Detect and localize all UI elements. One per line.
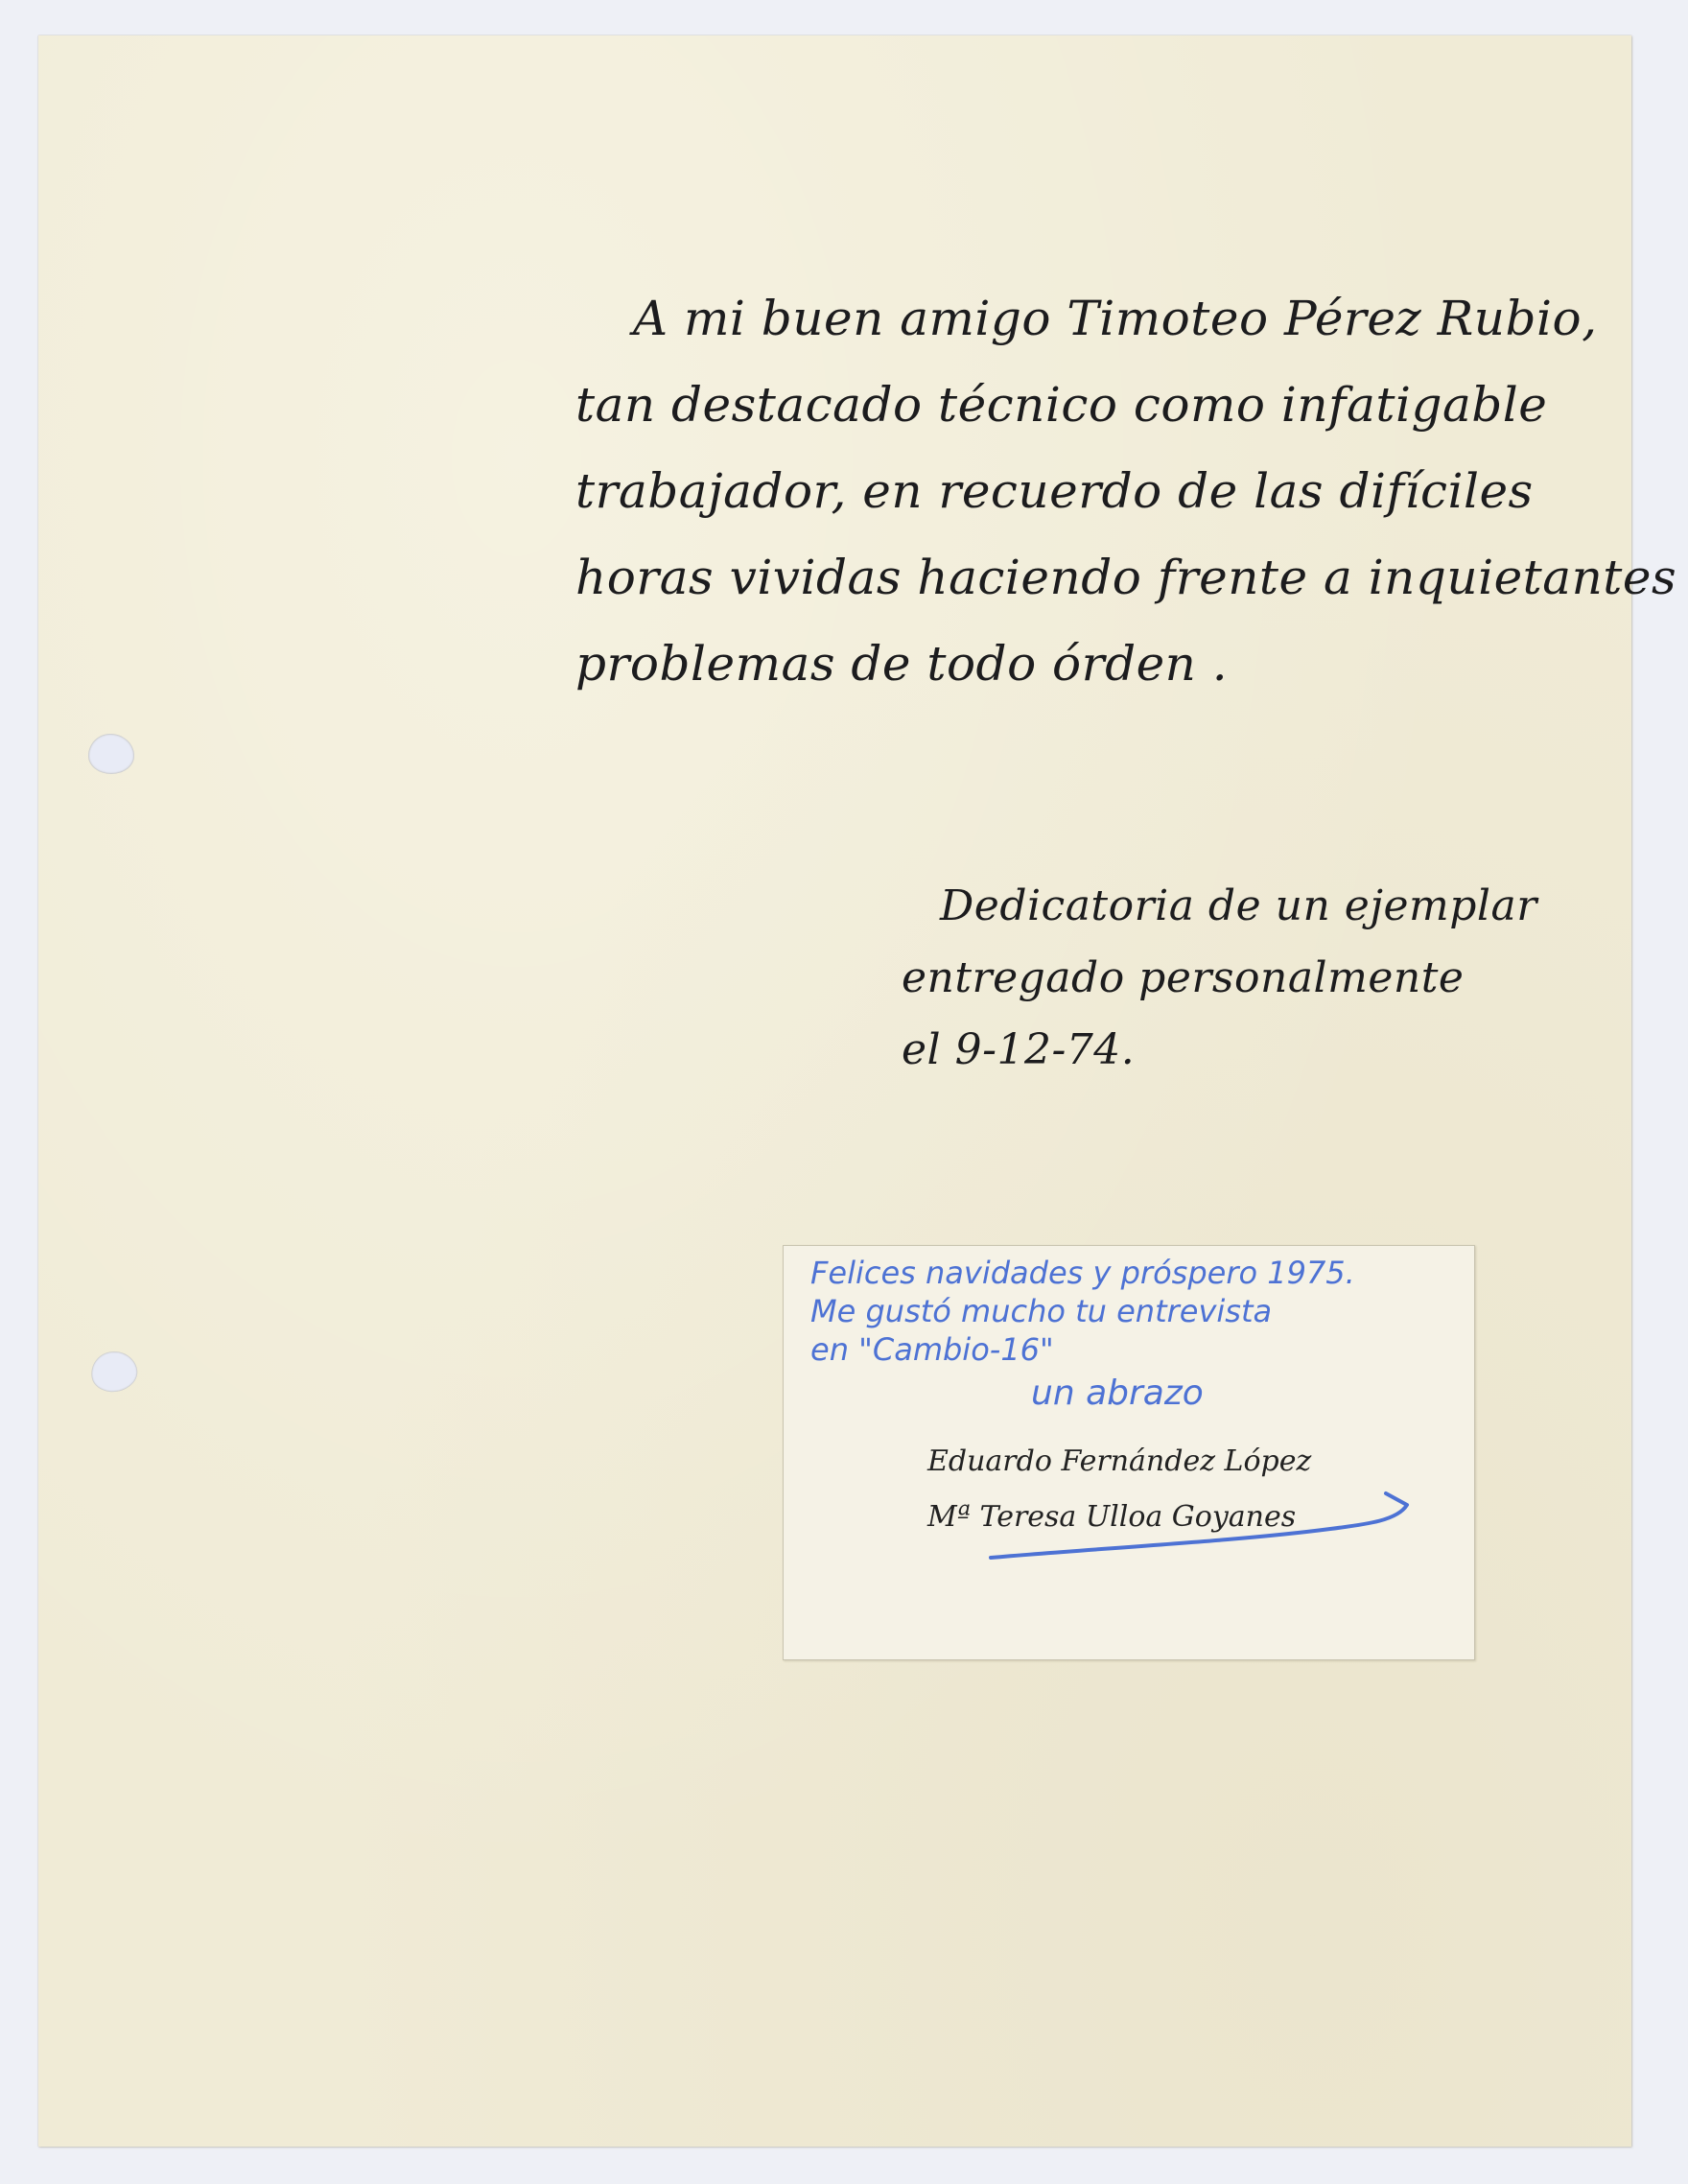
dedication-line: A mi buen amigo Timoteo Pérez Rubio, <box>575 275 1676 362</box>
dedication-text: A mi buen amigo Timoteo Pérez Rubio, tan… <box>575 275 1676 707</box>
printed-name: Eduardo Fernández López <box>927 1434 1311 1490</box>
note-line: Dedicatoria de un ejemplar <box>902 870 1537 942</box>
dedication-line: problemas de todo órden . <box>575 621 1676 707</box>
punch-hole-top <box>88 734 134 774</box>
dedication-line: trabajador, en recuerdo de las difíciles <box>575 448 1676 534</box>
card-note-closing: un abrazo <box>810 1374 1355 1413</box>
card-note-line: en "Cambio-16" <box>810 1330 1355 1369</box>
card-note-line: Felices navidades y próspero 1975. <box>810 1254 1355 1292</box>
card-handwritten-note: Felices navidades y próspero 1975. Me gu… <box>810 1254 1355 1413</box>
punch-hole-bottom <box>88 1348 141 1396</box>
note-line: entregado personalmente <box>902 942 1537 1014</box>
delivery-note: Dedicatoria de un ejemplar entregado per… <box>902 870 1537 1086</box>
signature-flourish-icon <box>985 1486 1426 1582</box>
dedication-line: horas vividas haciendo frente a inquieta… <box>575 534 1676 621</box>
card-note-line: Me gustó mucho tu entrevista <box>810 1292 1355 1330</box>
paper-sheet: A mi buen amigo Timoteo Pérez Rubio, tan… <box>38 35 1631 2147</box>
dedication-line: tan destacado técnico como infatigable <box>575 362 1676 448</box>
business-card: Felices navidades y próspero 1975. Me gu… <box>783 1245 1475 1660</box>
note-line: el 9-12-74. <box>902 1014 1537 1086</box>
